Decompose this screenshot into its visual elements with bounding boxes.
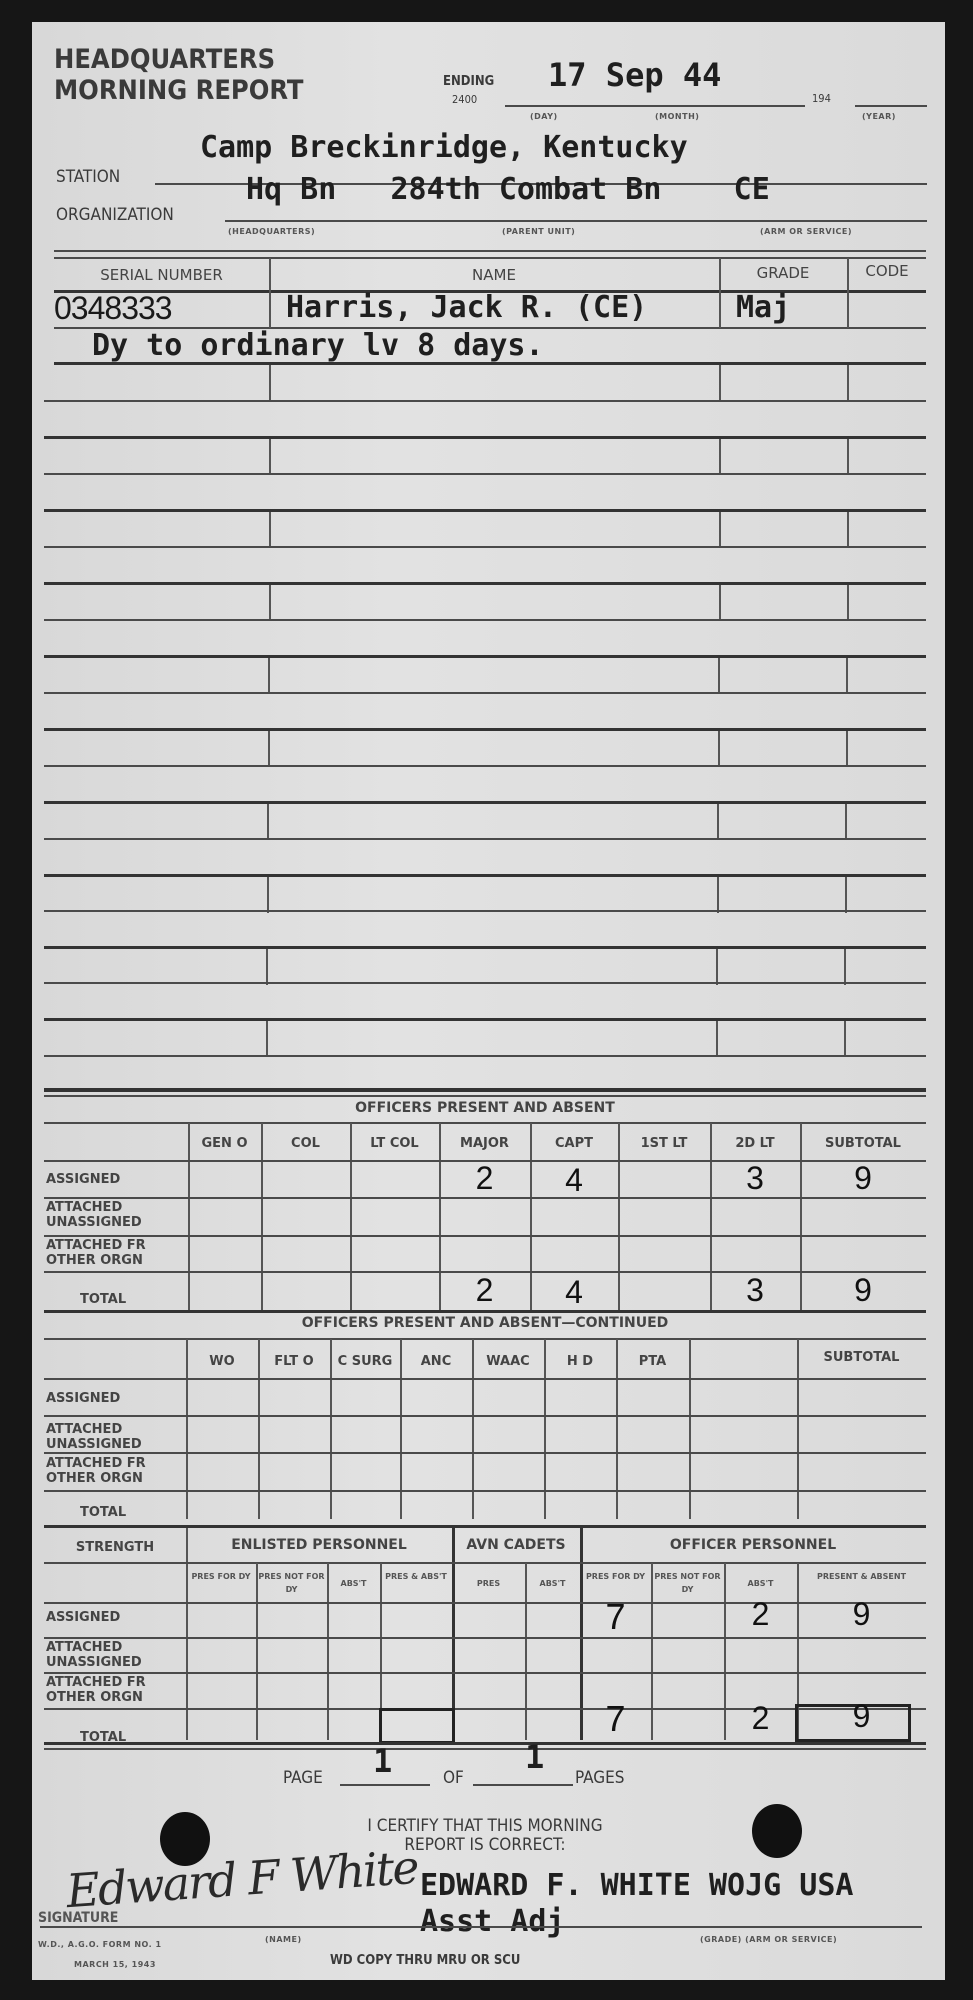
serial-number: 0348333 — [54, 290, 172, 327]
col-2d-lt: 2D LT — [710, 1136, 800, 1151]
cell-total-officer-abst: 2 — [724, 1700, 797, 1737]
group-officer-personnel: OFFICER PERSONNEL — [580, 1537, 926, 1553]
cell-assigned-major: 2 — [439, 1160, 530, 1197]
title-line-2: MORNING REPORT — [54, 75, 303, 106]
col-subtotal-continued: SUBTOTAL — [797, 1350, 926, 1365]
subcol-officer-present-and-absent: PRESENT & ABSENT — [797, 1570, 926, 1583]
cell-total-officer-present-absent: 9 — [797, 1698, 926, 1735]
ending-label: ENDING — [443, 74, 494, 89]
cell-assigned-officer-present-absent: 9 — [797, 1596, 926, 1633]
arm-caption: (ARM OR SERVICE) — [760, 227, 852, 236]
row-label-attached-unassigned: ATTACHED UNASSIGNED — [46, 1640, 186, 1670]
signer-title: Asst Adj — [420, 1904, 565, 1939]
col-waac: WAAC — [472, 1354, 544, 1369]
subcol-officer-abst: ABS'T — [724, 1577, 797, 1590]
col-major: MAJOR — [439, 1136, 530, 1151]
cell-total-capt: 4 — [530, 1274, 618, 1311]
group-avn-cadets: AVN CADETS — [452, 1537, 580, 1553]
col-pta: PTA — [616, 1354, 689, 1369]
officers-title: OFFICERS PRESENT AND ABSENT — [44, 1100, 926, 1116]
person-name: Harris, Jack R. (CE) — [286, 290, 647, 325]
col-h-d: H D — [544, 1354, 616, 1369]
col-lt-col: LT COL — [350, 1136, 439, 1151]
col-c-surg: C SURG — [330, 1354, 400, 1369]
signer-name: EDWARD F. WHITE WOJG USA — [420, 1868, 853, 1903]
row-label-attached-fr-other-orgn: ATTACHED FR OTHER ORGN — [46, 1675, 186, 1705]
cell-total-subtotal: 9 — [800, 1272, 926, 1309]
col-serial-number: SERIAL NUMBER — [54, 266, 269, 284]
certify-line-1: I CERTIFY THAT THIS MORNING — [270, 1817, 700, 1836]
col-code: CODE — [847, 262, 927, 280]
row-label-assigned: ASSIGNED — [46, 1610, 120, 1625]
col-1st-lt: 1ST LT — [618, 1136, 710, 1151]
page-number: 1 — [373, 1742, 392, 1780]
parent-unit-caption: (PARENT UNIT) — [502, 227, 575, 236]
pages-label: PAGES — [575, 1768, 625, 1788]
officers-continued-title: OFFICERS PRESENT AND ABSENT—CONTINUED — [44, 1315, 926, 1331]
cell-total-officer-pres-for-dy: 7 — [580, 1698, 651, 1740]
col-grade: GRADE — [719, 264, 847, 282]
headquarters-caption: (HEADQUARTERS) — [228, 227, 315, 236]
enlisted-total-box — [379, 1708, 455, 1744]
cell-total-major: 2 — [439, 1272, 530, 1309]
month-caption: (MONTH) — [655, 112, 699, 121]
subcol-enlisted-pres-not-for-dy: PRES NOT FOR DY — [256, 1570, 327, 1596]
of-label: OF — [443, 1768, 464, 1788]
subcol-enlisted-pres-for-dy: PRES FOR DY — [186, 1570, 256, 1583]
col-col: COL — [261, 1136, 350, 1151]
organization-value: Hq Bn 284th Combat Bn CE — [246, 172, 770, 207]
col-wo: WO — [186, 1354, 258, 1369]
signature-label: SIGNATURE — [38, 1910, 118, 1926]
page-total: 1 — [525, 1738, 544, 1776]
subcol-enlisted-pres-and-abst: PRES & ABS'T — [380, 1570, 452, 1583]
time-label: 2400 — [452, 93, 477, 106]
subcol-officer-pres-not-for-dy: PRES NOT FOR DY — [651, 1570, 724, 1596]
col-capt: CAPT — [530, 1136, 618, 1151]
form-title: HEADQUARTERS MORNING REPORT — [54, 44, 303, 106]
name-caption: (NAME) — [265, 1935, 302, 1944]
form-number: W.D., A.G.O. FORM NO. 1 — [38, 1940, 162, 1949]
row-label-attached-fr-other-orgn: ATTACHED FR OTHER ORGN — [46, 1456, 186, 1486]
punch-hole-right — [752, 1804, 802, 1858]
group-enlisted-personnel: ENLISTED PERSONNEL — [186, 1537, 452, 1553]
organization-label: ORGANIZATION — [56, 205, 174, 225]
grade-caption: (GRADE) (ARM OR SERVICE) — [700, 1935, 837, 1944]
cell-assigned-capt: 4 — [530, 1162, 618, 1199]
col-anc: ANC — [400, 1354, 472, 1369]
subcol-cadets-pres: PRES — [452, 1577, 525, 1590]
col-gen-o: GEN O — [188, 1136, 261, 1151]
cell-assigned-officer-abst: 2 — [724, 1596, 797, 1633]
cell-assigned-officer-pres-for-dy: 7 — [580, 1596, 651, 1638]
grade: Maj — [736, 290, 790, 325]
copy-note: WD COPY THRU MRU OR SCU — [330, 1953, 520, 1968]
strength-label: STRENGTH — [44, 1540, 186, 1555]
row-label-attached-unassigned: ATTACHED UNASSIGNED — [46, 1422, 186, 1452]
subcol-enlisted-abst: ABS'T — [327, 1577, 380, 1590]
title-line-1: HEADQUARTERS — [54, 44, 303, 75]
day-caption: (DAY) — [530, 112, 558, 121]
col-name: NAME — [269, 266, 719, 284]
remark: Dy to ordinary lv 8 days. — [92, 328, 544, 363]
cell-assigned-2d-lt: 3 — [710, 1160, 800, 1197]
row-label-attached-unassigned: ATTACHED UNASSIGNED — [46, 1200, 186, 1230]
year-caption: (YEAR) — [862, 112, 896, 121]
cell-total-2d-lt: 3 — [710, 1272, 800, 1309]
row-label-assigned: ASSIGNED — [46, 1172, 120, 1187]
station-value: Camp Breckinridge, Kentucky — [200, 130, 688, 165]
station-label: STATION — [56, 167, 120, 187]
cell-assigned-subtotal: 9 — [800, 1160, 926, 1197]
col-flt-o: FLT O — [258, 1354, 330, 1369]
row-label-total: TOTAL — [80, 1292, 126, 1307]
subcol-cadets-abst: ABS'T — [525, 1577, 580, 1590]
report-date: 17 Sep 44 — [548, 56, 721, 94]
row-label-total: TOTAL — [80, 1505, 126, 1520]
year-prefix: 194 — [812, 92, 831, 105]
subcol-officer-pres-for-dy: PRES FOR DY — [580, 1570, 651, 1583]
row-label-assigned: ASSIGNED — [46, 1391, 120, 1406]
form-date: MARCH 15, 1943 — [74, 1960, 156, 1969]
row-label-attached-fr-other-orgn: ATTACHED FR OTHER ORGN — [46, 1238, 186, 1268]
col-subtotal: SUBTOTAL — [800, 1136, 926, 1151]
page-label: PAGE — [283, 1768, 323, 1788]
